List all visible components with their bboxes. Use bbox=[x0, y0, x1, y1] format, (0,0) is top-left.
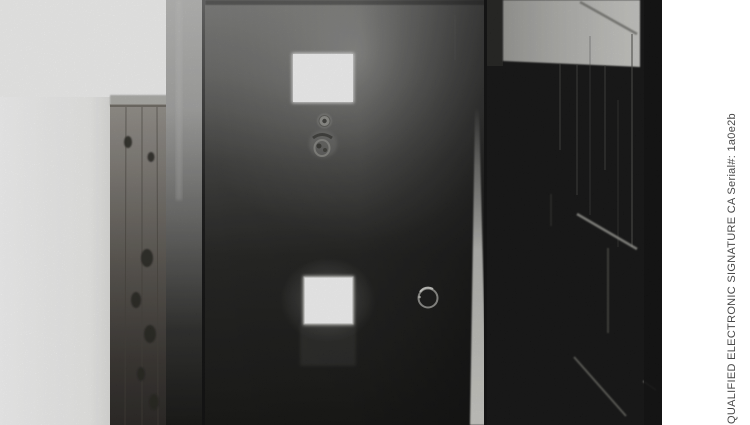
scan-figure: QUALIFIED ELECTRONIC SIGNATURE CA Serial… bbox=[0, 0, 750, 425]
scanned-document-page: QUALIFIED ELECTRONIC SIGNATURE CA Serial… bbox=[0, 0, 750, 425]
hallway-photo-canvas: QUALIFIED ELECTRONIC SIGNATURE CA Serial… bbox=[0, 0, 750, 425]
signature-stamp-text: QUALIFIED ELECTRONIC SIGNATURE CA Serial… bbox=[726, 113, 738, 424]
hallway-photo bbox=[0, 0, 662, 425]
photocopy-grain-light bbox=[0, 0, 662, 425]
